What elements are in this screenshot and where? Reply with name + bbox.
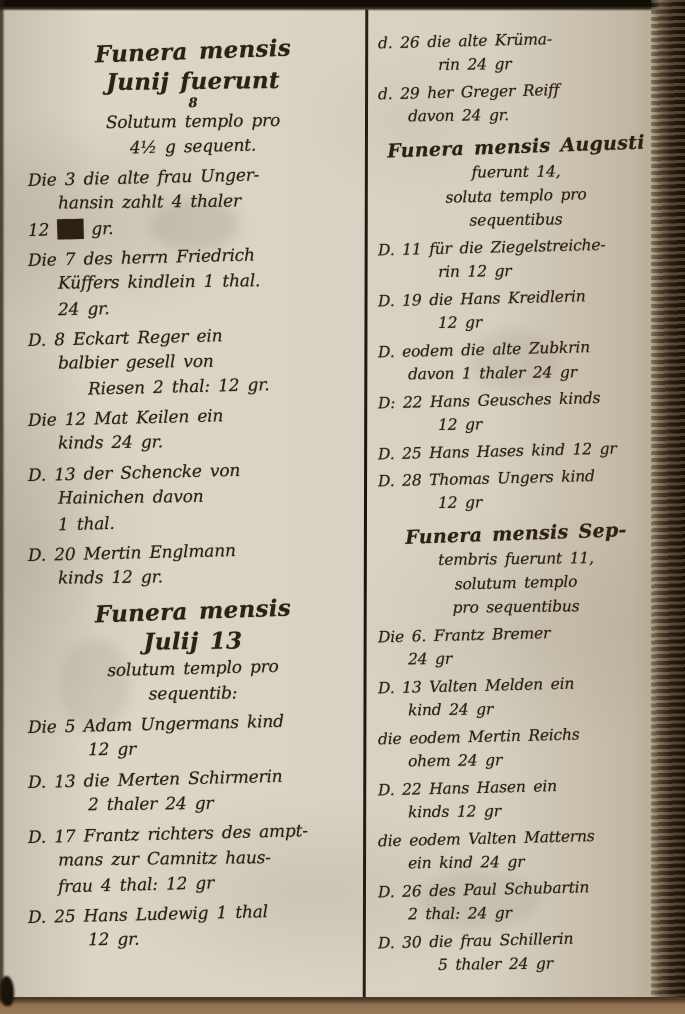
handwritten-line: 12 gr xyxy=(28,735,358,764)
handwritten-line: 12 gr. xyxy=(28,925,358,954)
page-left-edge xyxy=(0,0,5,1014)
register-entry: D. 19 die Hans Kreidlerin12 gr xyxy=(378,286,654,334)
section-heading: Funera mensisJulij 13solutum templo pros… xyxy=(28,597,358,707)
handwritten-line: davon 24 gr. xyxy=(378,101,654,128)
register-entry: D. 17 Frantz richters des ampt-mans zur … xyxy=(28,822,358,897)
register-entry: die eodem Valten Matternsein kind 24 gr xyxy=(378,826,654,874)
handwritten-line: 12 gr xyxy=(378,410,654,437)
register-entry: D. 22 Hans Hasen einkinds 12 gr xyxy=(378,775,654,823)
register-entry: D. 8 Eckart Reger einbalbier gesell vonR… xyxy=(28,325,358,400)
handwritten-line: kinds 12 gr xyxy=(378,797,654,824)
handwritten-line: sequentib: xyxy=(28,680,358,709)
section-heading: Funera mensis Sep-tembris fuerunt 11,sol… xyxy=(378,521,654,619)
handwritten-line: rin 24 gr xyxy=(378,50,654,77)
register-entry: D. 26 des Paul Schubartin2 thal: 24 gr xyxy=(378,877,654,925)
section-heading: Funera mensis Augustifuerunt 14,soluta t… xyxy=(378,134,654,232)
right-column: d. 26 die alte Krüma-rin 24 grd. 29 her … xyxy=(378,28,654,979)
register-entry: D. 30 die frau Schillerin5 thaler 24 gr xyxy=(378,928,654,976)
handwritten-line: ohem 24 gr xyxy=(378,746,654,773)
register-entry: die eodem Mertin Reichsohem 24 gr xyxy=(378,724,654,772)
ink-blot xyxy=(0,976,14,1006)
section-heading: Funera mensisJunij fuerunt8Solutum templ… xyxy=(28,37,358,160)
handwritten-line: 2 thaler 24 gr xyxy=(28,790,358,819)
left-column: Funera mensisJunij fuerunt8Solutum templ… xyxy=(28,30,358,957)
register-entry: D. 13 Valten Melden einkind 24 gr xyxy=(378,673,654,721)
register-entry: D: 22 Hans Geusches kinds12 gr xyxy=(378,388,654,436)
register-entry: D. 11 für die Ziegelstreiche-rin 12 gr xyxy=(378,235,654,283)
page-top-edge xyxy=(0,0,685,11)
register-entry: D. 25 Hans Ludewig 1 thal12 gr. xyxy=(28,902,358,952)
register-entry: Die 5 Adam Ungermans kind12 gr xyxy=(28,712,358,762)
handwritten-line: 12 gr xyxy=(378,308,654,335)
book-edge-pages xyxy=(651,0,685,1014)
register-entry: D. 25 Hans Hases kind 12 gr xyxy=(378,439,654,463)
register-entry: D. 28 Thomas Ungers kind12 gr xyxy=(378,466,654,514)
handwritten-line: pro sequentibus xyxy=(378,593,654,620)
table-surface xyxy=(0,997,685,1014)
handwritten-line: kinds 12 gr. xyxy=(28,563,358,592)
handwritten-line: rin 12 gr xyxy=(378,257,654,284)
handwritten-line: 2 thal: 24 gr xyxy=(378,899,654,926)
register-entry: Die 3 die alte frau Unger-hansin zahlt 4… xyxy=(28,165,358,240)
handwritten-line: ein kind 24 gr xyxy=(378,848,654,875)
register-entry: D. 13 die Merten Schirmerin2 thaler 24 g… xyxy=(28,767,358,817)
register-entry: D. 20 Mertin Englmannkinds 12 gr. xyxy=(28,540,358,590)
register-entry: Die 7 des herrn FriedrichKüffers kindlei… xyxy=(28,245,358,320)
register-entry: D. eodem die alte Zubkrindavon 1 thaler … xyxy=(378,337,654,385)
handwritten-line: sequentibus xyxy=(378,206,654,233)
handwritten-line: kinds 24 gr. xyxy=(28,428,358,457)
register-entry: D. 13 der Schencke vonHainichen davon1 t… xyxy=(28,460,358,535)
register-entry: Die 6. Frantz Bremer24 gr xyxy=(378,622,654,670)
register-entry: d. 29 her Greger Reiffdavon 24 gr. xyxy=(378,79,654,127)
handwritten-line: 24 gr xyxy=(378,644,654,671)
register-entry: d. 26 die alte Krüma-rin 24 gr xyxy=(378,28,654,76)
handwritten-line: D. 25 Hans Hases kind 12 gr xyxy=(378,436,655,467)
handwritten-line: davon 1 thaler 24 gr xyxy=(378,359,654,386)
handwritten-line: 12 gr xyxy=(378,488,654,515)
handwritten-line: 5 thaler 24 gr xyxy=(378,950,654,977)
register-entry: Die 12 Mat Keilen einkinds 24 gr. xyxy=(28,405,358,455)
manuscript-photo: Funera mensisJunij fuerunt8Solutum templ… xyxy=(0,0,685,1014)
handwritten-line: kind 24 gr xyxy=(378,695,654,722)
